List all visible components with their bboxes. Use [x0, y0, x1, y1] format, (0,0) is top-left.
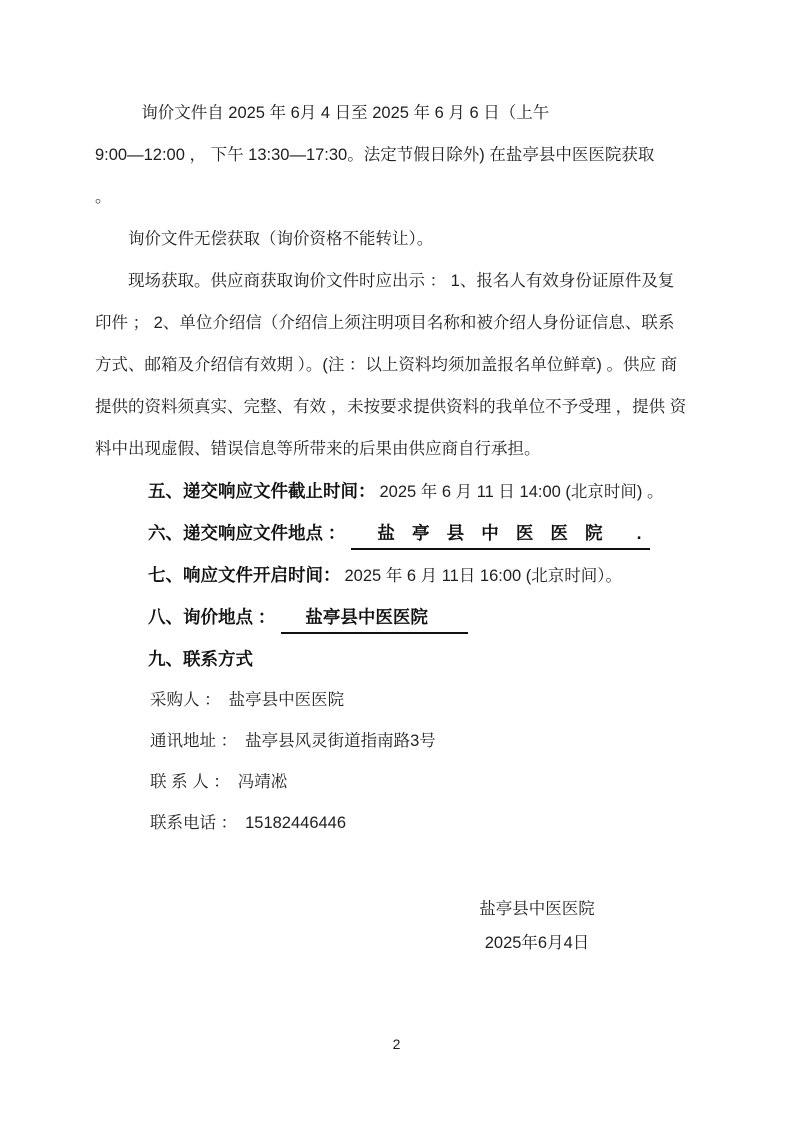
contact-person: 联 系 人 ：冯靖凇: [95, 762, 700, 803]
contact-phone-label: 联系电话 ：: [150, 814, 237, 832]
signature-date: 2025年6月4日: [422, 926, 652, 960]
contact-address: 通讯地址 ：盐亭县风灵街道指南路3号: [95, 721, 700, 762]
section-7-value: 2025 年 6 月 11日 16:00 (北京时间）。: [345, 567, 623, 585]
section-8-inquiry-place: 八、询价地点 ：盐亭县中医医院: [95, 596, 700, 638]
section-9-label: 九、联系方式: [148, 649, 253, 669]
contact-purchaser-label: 采购人 ：: [150, 691, 221, 709]
section-6-place-value: 盐 亭 县 中 医 医 院: [377, 523, 608, 543]
section-9-contact-info: 九、联系方式: [95, 638, 700, 680]
section-7-label: 七、响应文件开启时间：: [148, 565, 341, 585]
section-6-period: .: [637, 523, 642, 543]
document-content: 询价文件自 2025 年 6月 4 日至 2025 年 6 月 6 日（上午 9…: [0, 0, 793, 960]
section-5-label: 五、递交响应文件截止时间：: [148, 481, 376, 501]
section-8-place-value: 盐亭县中医医院: [281, 602, 468, 634]
section-6-label: 六、递交响应文件地点 ：: [148, 523, 345, 543]
contact-phone: 联系电话 ：15182446446: [95, 803, 700, 844]
signature-block: 盐亭县中医医院 2025年6月4日: [422, 892, 652, 960]
paragraph-obtain-period: 询价文件自 2025 年 6月 4 日至 2025 年 6 月 6 日（上午 9…: [95, 92, 700, 218]
section-6-underline: 盐 亭 县 中 医 医 院.: [351, 518, 649, 550]
section-6-submission-place: 六、递交响应文件地点 ：盐 亭 县 中 医 医 院.: [95, 512, 700, 554]
contact-address-value: 盐亭县风灵街道指南路3号: [245, 732, 436, 750]
section-8-label: 八、询价地点 ：: [148, 607, 275, 627]
section-5-submission-deadline: 五、递交响应文件截止时间：2025 年 6 月 11 日 14:00 (北京时间…: [95, 470, 700, 512]
contact-phone-value: 15182446446: [245, 814, 346, 832]
contact-purchaser: 采购人 ：盐亭县中医医院: [95, 680, 700, 721]
contact-person-label: 联 系 人 ：: [150, 773, 230, 791]
section-7-opening-time: 七、响应文件开启时间：2025 年 6 月 11日 16:00 (北京时间）。: [95, 554, 700, 596]
page-number: 2: [0, 1036, 793, 1052]
contact-block: 采购人 ：盐亭县中医医院 通讯地址 ：盐亭县风灵街道指南路3号 联 系 人 ：冯…: [95, 680, 700, 844]
signature-organization: 盐亭县中医医院: [422, 892, 652, 926]
contact-person-value: 冯靖凇: [238, 773, 288, 791]
contact-purchaser-value: 盐亭县中医医院: [229, 691, 345, 709]
document-page: 询价文件自 2025 年 6月 4 日至 2025 年 6 月 6 日（上午 9…: [0, 0, 793, 1122]
paragraph-onsite-requirements: 现场获取。供应商获取询价文件时应出示 ： 1、报名人有效身份证原件及复 印件 ；…: [95, 260, 700, 470]
contact-address-label: 通讯地址 ：: [150, 732, 237, 750]
section-5-value: 2025 年 6 月 11 日 14:00 (北京时间) 。: [380, 483, 664, 501]
paragraph-free-obtain: 询价文件无偿获取（询价资格不能转让）。: [95, 218, 700, 260]
